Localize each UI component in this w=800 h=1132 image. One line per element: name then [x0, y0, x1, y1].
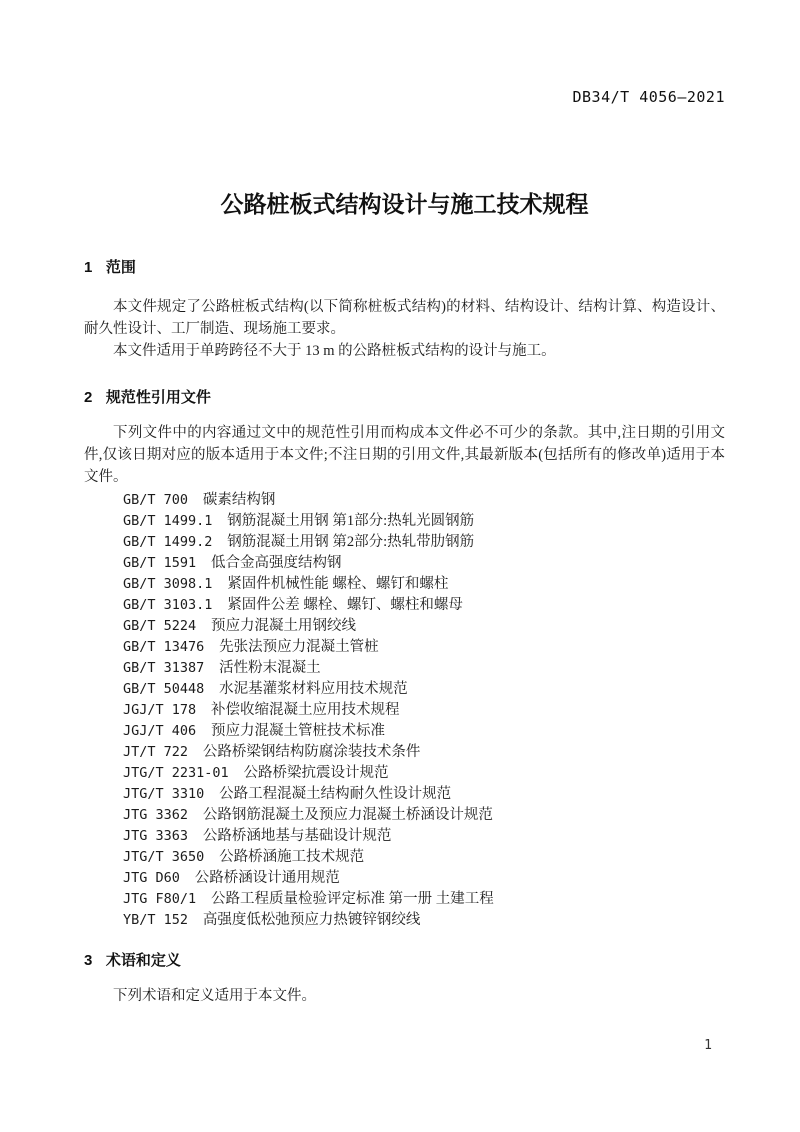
reference-code: JTG 3363	[123, 828, 188, 844]
reference-code: JTG 3362	[123, 807, 188, 823]
reference-item: JTG 3362公路钢筋混凝土及预应力混凝土桥涵设计规范	[123, 805, 725, 826]
reference-title: 公路工程混凝土结构耐久性设计规范	[219, 786, 451, 802]
page-number: 1	[704, 1038, 712, 1053]
reference-code: GB/T 31387	[123, 660, 204, 676]
reference-item: JTG 3363公路桥涵地基与基础设计规范	[123, 826, 725, 847]
reference-title: 公路桥涵地基与基础设计规范	[203, 828, 392, 844]
reference-code: GB/T 1499.2	[123, 534, 212, 550]
reference-item: JTG/T 3310公路工程混凝土结构耐久性设计规范	[123, 784, 725, 805]
reference-title: 紧固件公差 螺栓、螺钉、螺柱和螺母	[227, 597, 463, 613]
reference-item: GB/T 1499.1钢筋混凝土用钢 第1部分:热轧光圆钢筋	[123, 511, 725, 532]
reference-item: YB/T 152高强度低松弛预应力热镀锌钢绞线	[123, 910, 725, 931]
reference-code: JT/T 722	[123, 744, 188, 760]
section-normative-references: 2规范性引用文件 下列文件中的内容通过文中的规范性引用而构成本文件必不可少的条款…	[84, 388, 725, 931]
reference-title: 补偿收缩混凝土应用技术规程	[211, 702, 400, 718]
section-scope-heading: 1范围	[84, 258, 725, 278]
reference-item: JT/T 722公路桥梁钢结构防腐涂装技术条件	[123, 742, 725, 763]
section-title: 规范性引用文件	[106, 389, 211, 406]
reference-item: GB/T 1499.2钢筋混凝土用钢 第2部分:热轧带肋钢筋	[123, 532, 725, 553]
reference-title: 公路桥涵施工技术规范	[219, 849, 364, 865]
reference-item: JTG/T 2231-01公路桥梁抗震设计规范	[123, 763, 725, 784]
section-number: 2	[84, 389, 92, 406]
reference-code: GB/T 1499.1	[123, 513, 212, 529]
reference-title: 预应力混凝土管桩技术标准	[211, 723, 385, 739]
document-page: DB34/T 4056—2021 公路桩板式结构设计与施工技术规程 1范围 本文…	[0, 0, 800, 1132]
reference-title: 公路桥梁钢结构防腐涂装技术条件	[203, 744, 421, 760]
reference-title: 公路桥梁抗震设计规范	[244, 765, 389, 781]
reference-item: GB/T 3103.1紧固件公差 螺栓、螺钉、螺柱和螺母	[123, 595, 725, 616]
reference-code: YB/T 152	[123, 912, 188, 928]
reference-item: JTG F80/1公路工程质量检验评定标准 第一册 土建工程	[123, 889, 725, 910]
reference-title: 钢筋混凝土用钢 第1部分:热轧光圆钢筋	[227, 513, 474, 529]
reference-code: JTG/T 3650	[123, 849, 204, 865]
reference-title: 活性粉末混凝土	[219, 660, 321, 676]
reference-code: JGJ/T 178	[123, 702, 196, 718]
reference-title: 预应力混凝土用钢绞线	[211, 618, 356, 634]
reference-code: JTG F80/1	[123, 891, 196, 907]
reference-item: GB/T 3098.1紧固件机械性能 螺栓、螺钉和螺柱	[123, 574, 725, 595]
section-terms-heading: 3术语和定义	[84, 951, 725, 971]
reference-code: JTG/T 3310	[123, 786, 204, 802]
reference-code: GB/T 3098.1	[123, 576, 212, 592]
reference-title: 高强度低松弛预应力热镀锌钢绞线	[203, 912, 421, 928]
document-title: 公路桩板式结构设计与施工技术规程	[84, 188, 725, 220]
section-number: 1	[84, 259, 92, 276]
reference-title: 先张法预应力混凝土管桩	[219, 639, 379, 655]
reference-title: 水泥基灌浆材料应用技术规范	[219, 681, 408, 697]
terms-paragraph: 下列术语和定义适用于本文件。	[84, 985, 725, 1007]
reference-item: GB/T 13476先张法预应力混凝土管桩	[123, 637, 725, 658]
scope-paragraph: 本文件规定了公路桩板式结构(以下简称桩板式结构)的材料、结构设计、结构计算、构造…	[84, 296, 725, 340]
reference-code: GB/T 13476	[123, 639, 204, 655]
references-intro-paragraph: 下列文件中的内容通过文中的规范性引用而构成本文件必不可少的条款。其中,注日期的引…	[84, 422, 725, 488]
reference-title: 紧固件机械性能 螺栓、螺钉和螺柱	[227, 576, 448, 592]
reference-item: GB/T 1591低合金高强度结构钢	[123, 553, 725, 574]
reference-code: GB/T 700	[123, 492, 188, 508]
reference-title: 公路钢筋混凝土及预应力混凝土桥涵设计规范	[203, 807, 493, 823]
reference-title: 钢筋混凝土用钢 第2部分:热轧带肋钢筋	[227, 534, 474, 550]
section-scope: 1范围 本文件规定了公路桩板式结构(以下简称桩板式结构)的材料、结构设计、结构计…	[84, 258, 725, 362]
section-title: 术语和定义	[106, 952, 181, 969]
reference-code: JTG D60	[123, 870, 180, 886]
reference-item: JGJ/T 406预应力混凝土管桩技术标准	[123, 721, 725, 742]
reference-code: JTG/T 2231-01	[123, 765, 229, 781]
reference-item: JTG D60公路桥涵设计通用规范	[123, 868, 725, 889]
reference-item: GB/T 700碳素结构钢	[123, 490, 725, 511]
reference-item: JGJ/T 178补偿收缩混凝土应用技术规程	[123, 700, 725, 721]
reference-code: GB/T 3103.1	[123, 597, 212, 613]
section-references-heading: 2规范性引用文件	[84, 388, 725, 408]
reference-code: JGJ/T 406	[123, 723, 196, 739]
document-code: DB34/T 4056—2021	[84, 88, 725, 106]
reference-code: GB/T 50448	[123, 681, 204, 697]
section-terms-and-definitions: 3术语和定义 下列术语和定义适用于本文件。	[84, 951, 725, 1007]
reference-title: 公路桥涵设计通用规范	[195, 870, 340, 886]
reference-code: GB/T 5224	[123, 618, 196, 634]
reference-title: 公路工程质量检验评定标准 第一册 土建工程	[211, 891, 494, 907]
reference-item: GB/T 5224预应力混凝土用钢绞线	[123, 616, 725, 637]
reference-item: GB/T 31387活性粉末混凝土	[123, 658, 725, 679]
section-title: 范围	[106, 259, 136, 276]
reference-list: GB/T 700碳素结构钢 GB/T 1499.1钢筋混凝土用钢 第1部分:热轧…	[84, 490, 725, 931]
reference-code: GB/T 1591	[123, 555, 196, 571]
reference-title: 碳素结构钢	[203, 492, 276, 508]
reference-item: JTG/T 3650公路桥涵施工技术规范	[123, 847, 725, 868]
reference-title: 低合金高强度结构钢	[211, 555, 342, 571]
section-number: 3	[84, 952, 92, 969]
scope-paragraph: 本文件适用于单跨跨径不大于 13 m 的公路桩板式结构的设计与施工。	[84, 340, 725, 362]
reference-item: GB/T 50448水泥基灌浆材料应用技术规范	[123, 679, 725, 700]
